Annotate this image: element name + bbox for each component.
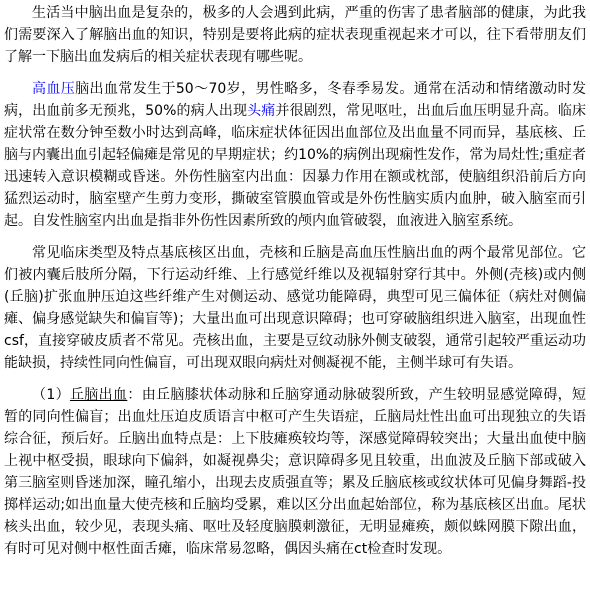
paragraph-text: 生活当中脑出血是复杂的，极多的人会遇到此病，严重的伤害了患者脑部的健康，为此我们… — [4, 5, 586, 65]
headache-link[interactable]: 头痛 — [247, 103, 275, 119]
paragraph-text: 并很剧烈，常见呕吐，出血后血压明显升高。临床症状常在数分钟至数小时达到高峰，临床… — [4, 103, 586, 229]
list-number: （1） — [32, 387, 70, 403]
paragraph-text: 常见临床类型及特点基底核区出血，壳核和丘脑是高血压性脑出血的两个最常见部位。它们… — [4, 245, 586, 371]
hypertension-link[interactable]: 高血压 — [32, 81, 75, 97]
intro-paragraph: 生活当中脑出血是复杂的，极多的人会遇到此病，严重的伤害了患者脑部的健康，为此我们… — [4, 2, 586, 68]
paragraph-text: ：由丘脑膝状体动脉和丘脑穿通动脉破裂所致，产生较明显感觉障碍，短暂的同向性偏盲；… — [4, 387, 586, 557]
thalamic-hemorrhage-paragraph: （1）丘脑出血：由丘脑膝状体动脉和丘脑穿通动脉破裂所致，产生较明显感觉障碍，短暂… — [4, 384, 586, 560]
clinical-types-paragraph: 常见临床类型及特点基底核区出血，壳核和丘脑是高血压性脑出血的两个最常见部位。它们… — [4, 242, 586, 374]
article-body: 生活当中脑出血是复杂的，极多的人会遇到此病，严重的伤害了患者脑部的健康，为此我们… — [0, 0, 590, 560]
hypertension-hemorrhage-paragraph: 高血压脑出血常发生于50～70岁，男性略多，冬春季易发。通常在活动和情绪激动时发… — [4, 78, 586, 232]
thalamic-hemorrhage-term: 丘脑出血 — [70, 387, 127, 403]
